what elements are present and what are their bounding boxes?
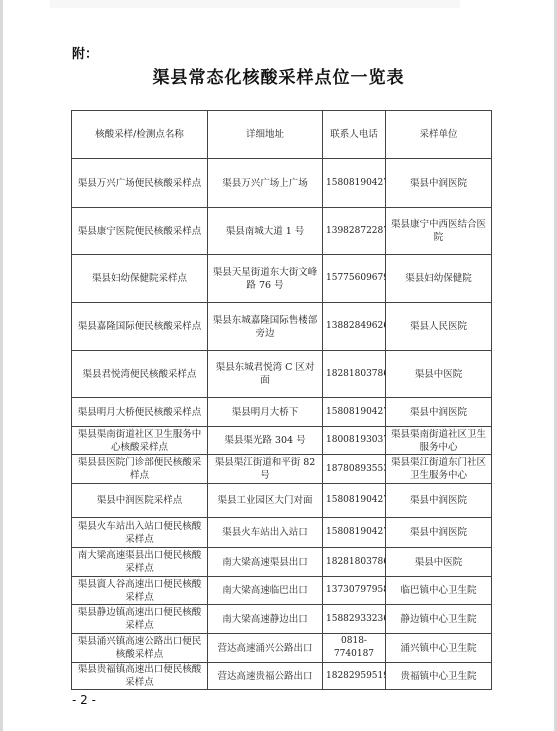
site-unit: 渠县人民医院 <box>386 303 492 351</box>
site-name: 渠县康宁医院便民核酸采样点 <box>72 208 208 255</box>
table-row: 渠县中润医院采样点 渠县工业园区大门对面 15808190427 渠县中润医院 <box>72 484 492 518</box>
site-address: 南大梁高速临巴出口 <box>208 577 323 605</box>
site-address: 渠县天星街道东大街文峰路 76 号 <box>208 255 323 303</box>
header-name: 核酸采样/检测点名称 <box>72 111 208 159</box>
site-name: 渠县明月大桥便民核酸采样点 <box>72 398 208 427</box>
site-phone: 15775609679 <box>323 255 386 303</box>
site-address: 渠县渠光路 304 号 <box>208 427 323 455</box>
site-unit: 渠县中医院 <box>386 351 492 398</box>
site-phone: 13882849626 <box>323 303 386 351</box>
site-name: 渠县涌兴镇高速公路出口便民核酸采样点 <box>72 634 208 663</box>
site-unit: 渠县康宁中西医结合医院 <box>386 208 492 255</box>
header-phone: 联系人电话 <box>323 111 386 159</box>
site-phone: 18281803786 <box>323 548 386 577</box>
site-phone: 18282959519 <box>323 663 386 690</box>
site-name: 南大梁高速渠县出口便民核酸采样点 <box>72 548 208 577</box>
site-name: 渠县中润医院采样点 <box>72 484 208 518</box>
site-address: 渠县东城嘉隆国际售楼部旁边 <box>208 303 323 351</box>
site-phone: 18281803786 <box>323 351 386 398</box>
site-address: 渠县火车站出入站口 <box>208 518 323 548</box>
site-unit: 渠县中医院 <box>386 548 492 577</box>
site-address: 营达高速贵福公路出口 <box>208 663 323 690</box>
table-row: 渠县静边镇高速出口便民核酸采样点 南大梁高速静边出口 15882933236 静… <box>72 605 492 634</box>
sampling-sites-table: 核酸采样/检测点名称 详细地址 联系人电话 采样单位 渠县万兴广场便民核酸采样点… <box>71 110 492 690</box>
site-unit: 渠县中润医院 <box>386 159 492 208</box>
site-address: 渠县南城大道 1 号 <box>208 208 323 255</box>
site-unit: 渠县中润医院 <box>386 484 492 518</box>
table-row: 渠县县医院门诊部便民核酸采样点 渠县渠江街道和平街 82 号 187808935… <box>72 455 492 484</box>
site-name: 渠县静边镇高速出口便民核酸采样点 <box>72 605 208 634</box>
site-name: 渠县县医院门诊部便民核酸采样点 <box>72 455 208 484</box>
table-row: 渠县賨人谷高速出口便民核酸采样点 南大梁高速临巴出口 13730797958 临… <box>72 577 492 605</box>
site-unit: 静边镇中心卫生院 <box>386 605 492 634</box>
header-address: 详细地址 <box>208 111 323 159</box>
site-unit: 渠县中润医院 <box>386 518 492 548</box>
site-phone: 15808190427 <box>323 518 386 548</box>
site-phone: 15808190427 <box>323 484 386 518</box>
table-row: 渠县君悦湾便民核酸采样点 渠县东城君悦湾 C 区对面 18281803786 渠… <box>72 351 492 398</box>
site-unit: 临巴镇中心卫生院 <box>386 577 492 605</box>
site-phone: 15808190427 <box>323 159 386 208</box>
site-address: 渠县工业园区大门对面 <box>208 484 323 518</box>
table-row: 渠县涌兴镇高速公路出口便民核酸采样点 营达高速涌兴公路出口 0818-77401… <box>72 634 492 663</box>
site-phone: 15808190427 <box>323 398 386 427</box>
table-row: 渠县渠南街道社区卫生服务中心核酸采样点 渠县渠光路 304 号 18008193… <box>72 427 492 455</box>
page-number: - 2 - <box>72 693 96 707</box>
site-address: 渠县万兴广场上广场 <box>208 159 323 208</box>
site-name: 渠县君悦湾便民核酸采样点 <box>72 351 208 398</box>
site-phone: 15882933236 <box>323 605 386 634</box>
site-phone: 13982872287 <box>323 208 386 255</box>
site-unit: 涌兴镇中心卫生院 <box>386 634 492 663</box>
table-row: 渠县康宁医院便民核酸采样点 渠县南城大道 1 号 13982872287 渠县康… <box>72 208 492 255</box>
site-name: 渠县万兴广场便民核酸采样点 <box>72 159 208 208</box>
site-unit: 渠县渠南街道社区卫生服务中心 <box>386 427 492 455</box>
site-name: 渠县賨人谷高速出口便民核酸采样点 <box>72 577 208 605</box>
site-name: 渠县嘉隆国际便民核酸采样点 <box>72 303 208 351</box>
site-phone: 13730797958 <box>323 577 386 605</box>
site-address: 渠县渠江街道和平街 82 号 <box>208 455 323 484</box>
site-name: 渠县渠南街道社区卫生服务中心核酸采样点 <box>72 427 208 455</box>
table-row: 渠县妇幼保健院采样点 渠县天星街道东大街文峰路 76 号 15775609679… <box>72 255 492 303</box>
table-row: 渠县万兴广场便民核酸采样点 渠县万兴广场上广场 15808190427 渠县中润… <box>72 159 492 208</box>
site-name: 渠县贵福镇高速出口便民核酸采样点 <box>72 663 208 690</box>
table-row: 渠县火车站出入站口便民核酸采样点 渠县火车站出入站口 15808190427 渠… <box>72 518 492 548</box>
page-left-edge <box>0 0 3 731</box>
site-name: 渠县火车站出入站口便民核酸采样点 <box>72 518 208 548</box>
site-address: 南大梁高速渠县出口 <box>208 548 323 577</box>
header-unit: 采样单位 <box>386 111 492 159</box>
page-top-strip <box>50 0 460 8</box>
table-row: 渠县贵福镇高速出口便民核酸采样点 营达高速贵福公路出口 18282959519 … <box>72 663 492 690</box>
site-unit: 渠县中润医院 <box>386 398 492 427</box>
site-phone: 0818-7740187 <box>323 634 386 663</box>
site-phone: 18780893553 <box>323 455 386 484</box>
site-phone: 18008193037 <box>323 427 386 455</box>
table-row: 南大梁高速渠县出口便民核酸采样点 南大梁高速渠县出口 18281803786 渠… <box>72 548 492 577</box>
site-address: 营达高速涌兴公路出口 <box>208 634 323 663</box>
table-row: 渠县嘉隆国际便民核酸采样点 渠县东城嘉隆国际售楼部旁边 13882849626 … <box>72 303 492 351</box>
site-unit: 渠县渠江街道东门社区卫生服务中心 <box>386 455 492 484</box>
site-unit: 贵福镇中心卫生院 <box>386 663 492 690</box>
site-unit: 渠县妇幼保健院 <box>386 255 492 303</box>
table-row: 渠县明月大桥便民核酸采样点 渠县明月大桥下 15808190427 渠县中润医院 <box>72 398 492 427</box>
attachment-label: 附： <box>72 43 98 62</box>
site-address: 南大梁高速静边出口 <box>208 605 323 634</box>
site-address: 渠县明月大桥下 <box>208 398 323 427</box>
site-address: 渠县东城君悦湾 C 区对面 <box>208 351 323 398</box>
document-title: 渠县常态化核酸采样点位一览表 <box>0 63 557 88</box>
site-name: 渠县妇幼保健院采样点 <box>72 255 208 303</box>
table-header-row: 核酸采样/检测点名称 详细地址 联系人电话 采样单位 <box>72 111 492 159</box>
